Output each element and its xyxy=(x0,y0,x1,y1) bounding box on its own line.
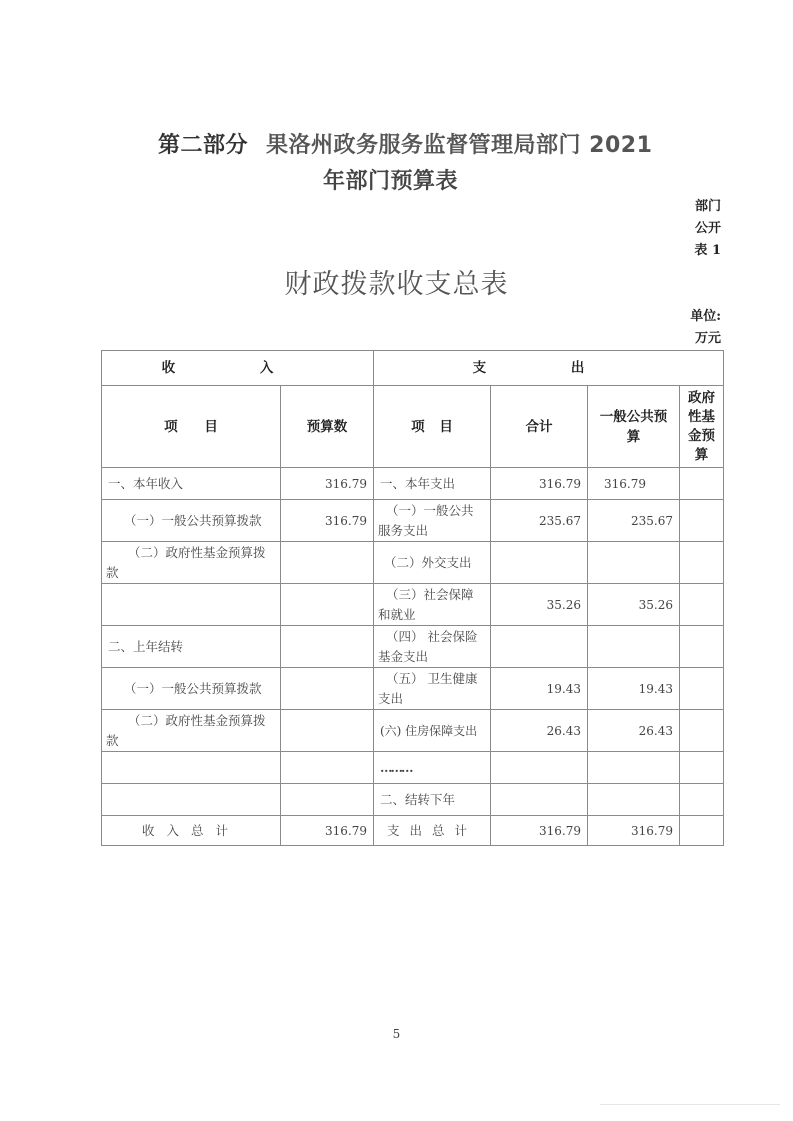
expense-total-value: 316.79 xyxy=(491,816,588,846)
col-expense-item: 项 目 xyxy=(374,386,491,468)
expense-total: 35.26 xyxy=(491,584,588,626)
income-budget: 316.79 xyxy=(281,468,374,500)
expense-item: 一、本年支出 xyxy=(374,468,491,500)
col-gov-fund-budget: 政府性基金预算 xyxy=(680,386,724,468)
general-budget: 26.43 xyxy=(588,710,680,752)
gov-fund-budget xyxy=(680,752,724,784)
table-row: 二、结转下年 xyxy=(102,784,724,816)
table-row: （二）政府性基金预算拨款 （二）外交支出 xyxy=(102,542,724,584)
table-row: 一、本年收入 316.79 一、本年支出 316.79 316.79 xyxy=(102,468,724,500)
unit-line2: 万元 xyxy=(690,328,721,350)
gov-fund-budget xyxy=(680,584,724,626)
expense-total: 26.43 xyxy=(491,710,588,752)
gov-fund-budget-total-value xyxy=(680,816,724,846)
expense-total xyxy=(491,784,588,816)
expense-item: （三）社会保障和就业 xyxy=(374,584,491,626)
income-item xyxy=(102,584,281,626)
general-budget: 35.26 xyxy=(588,584,680,626)
document-title: 第二部分果洛州政务服务监督管理局部门 2021 年部门预算表 xyxy=(158,128,718,200)
section-header-row: 收 入 支 出 xyxy=(102,351,724,386)
income-item xyxy=(102,784,281,816)
col-general-budget: 一般公共预算 xyxy=(588,386,680,468)
income-total-label: 收入总计 xyxy=(102,816,281,846)
page-number: 5 xyxy=(0,1027,793,1041)
col-income-item: 项 目 xyxy=(102,386,281,468)
expense-total: 19.43 xyxy=(491,668,588,710)
expense-item: （一）一般公共服务支出 xyxy=(374,500,491,542)
totals-row: 收入总计 316.79 支出总计 316.79 316.79 xyxy=(102,816,724,846)
income-budget: 316.79 xyxy=(281,500,374,542)
general-budget xyxy=(588,626,680,668)
expense-total: 316.79 xyxy=(491,468,588,500)
part-label: 第二部分 xyxy=(158,133,248,158)
bottom-rule-divider xyxy=(600,1104,780,1105)
income-item: （二）政府性基金预算拨款 xyxy=(102,542,281,584)
expense-total xyxy=(491,626,588,668)
gov-fund-budget xyxy=(680,542,724,584)
income-item: （二）政府性基金预算拨款 xyxy=(102,710,281,752)
form-code: 部门 公开 表 1 xyxy=(694,196,721,262)
budget-table: 收 入 支 出 项 目 预算数 项 目 合计 一般公共预算 政府性基金预算 一、… xyxy=(101,350,724,846)
gov-fund-budget xyxy=(680,784,724,816)
general-budget xyxy=(588,784,680,816)
income-budget xyxy=(281,626,374,668)
gov-fund-budget xyxy=(680,668,724,710)
expense-item: （四） 社会保险基金支出 xyxy=(374,626,491,668)
title-line2: 年部门预算表 xyxy=(158,164,718,200)
table-row: （一）一般公共预算拨款 （五） 卫生健康支出 19.43 19.43 xyxy=(102,668,724,710)
general-budget: 19.43 xyxy=(588,668,680,710)
table-row: （二）政府性基金预算拨款 (六) 住房保障支出 26.43 26.43 xyxy=(102,710,724,752)
gov-fund-budget xyxy=(680,468,724,500)
column-header-row: 项 目 预算数 项 目 合计 一般公共预算 政府性基金预算 xyxy=(102,386,724,468)
expense-item: (六) 住房保障支出 xyxy=(374,710,491,752)
unit-line1: 单位: xyxy=(690,306,721,328)
income-item: 二、上年结转 xyxy=(102,626,281,668)
expense-total xyxy=(491,752,588,784)
form-code-line2: 公开 xyxy=(694,218,721,240)
expense-item: 二、结转下年 xyxy=(374,784,491,816)
table-row: ……… xyxy=(102,752,724,784)
general-budget xyxy=(588,542,680,584)
expense-item: （二）外交支出 xyxy=(374,542,491,584)
income-total-value: 316.79 xyxy=(281,816,374,846)
general-budget: 316.79 xyxy=(588,468,680,500)
income-budget xyxy=(281,668,374,710)
expense-section-header: 支 出 xyxy=(374,351,724,386)
table-row: （一）一般公共预算拨款 316.79 （一）一般公共服务支出 235.67 23… xyxy=(102,500,724,542)
expense-item: （五） 卫生健康支出 xyxy=(374,668,491,710)
income-item: 一、本年收入 xyxy=(102,468,281,500)
income-item: （一）一般公共预算拨款 xyxy=(102,668,281,710)
gov-fund-budget xyxy=(680,626,724,668)
general-budget-total-value: 316.79 xyxy=(588,816,680,846)
income-budget xyxy=(281,710,374,752)
expense-total xyxy=(491,542,588,584)
income-budget xyxy=(281,542,374,584)
table-title: 财政拨款收支总表 xyxy=(0,262,793,301)
income-budget xyxy=(281,752,374,784)
title-line1: 果洛州政务服务监督管理局部门 2021 xyxy=(266,133,652,158)
form-code-line1: 部门 xyxy=(694,196,721,218)
table-row: 二、上年结转 （四） 社会保险基金支出 xyxy=(102,626,724,668)
general-budget: 235.67 xyxy=(588,500,680,542)
col-expense-total: 合计 xyxy=(491,386,588,468)
general-budget xyxy=(588,752,680,784)
gov-fund-budget xyxy=(680,500,724,542)
expense-total: 235.67 xyxy=(491,500,588,542)
income-item: （一）一般公共预算拨款 xyxy=(102,500,281,542)
expense-total-label: 支出总计 xyxy=(374,816,491,846)
table-row: （三）社会保障和就业 35.26 35.26 xyxy=(102,584,724,626)
income-item xyxy=(102,752,281,784)
expense-item: ……… xyxy=(374,752,491,784)
form-code-line3: 表 1 xyxy=(694,240,721,262)
col-income-budget: 预算数 xyxy=(281,386,374,468)
income-section-header: 收 入 xyxy=(102,351,374,386)
income-budget xyxy=(281,784,374,816)
unit-label: 单位: 万元 xyxy=(690,306,721,350)
gov-fund-budget xyxy=(680,710,724,752)
income-budget xyxy=(281,584,374,626)
